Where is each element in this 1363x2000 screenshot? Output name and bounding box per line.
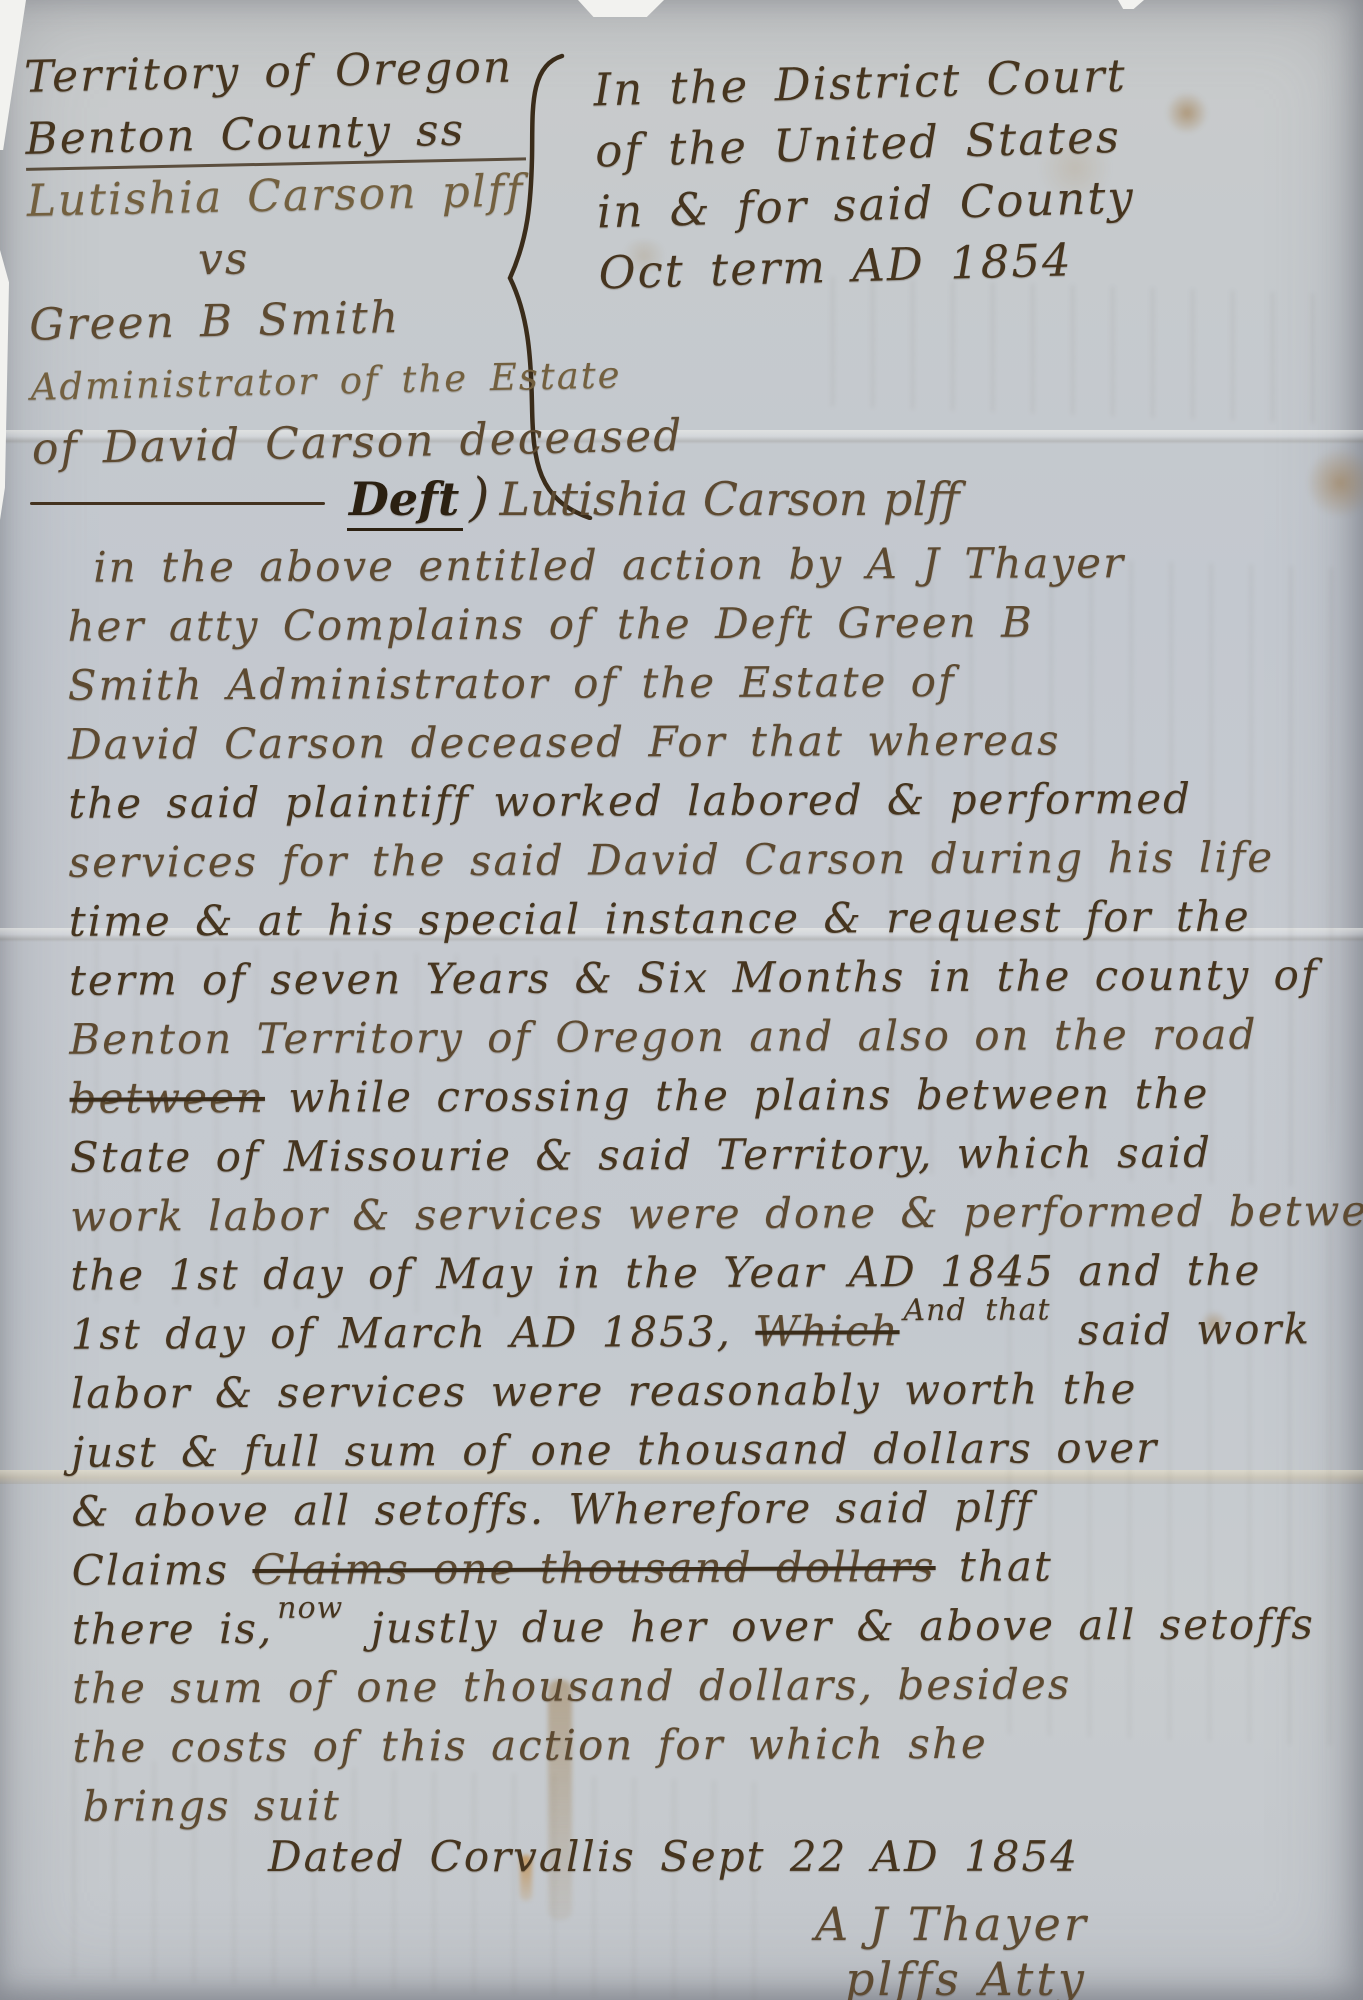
body-line: brings suit [73, 1771, 1342, 1836]
body-line: the costs of this action for which she [72, 1712, 1341, 1777]
struck-phrase: Claims one thousand dollars [252, 1542, 935, 1594]
ink-bleedthrough [818, 276, 1332, 424]
body-line: just & full sum of one thousand dollars … [71, 1417, 1340, 1482]
body-line: work labor & services were done & perfor… [70, 1181, 1339, 1246]
body-line: Benton Territory of Oregon and also on t… [69, 1004, 1338, 1069]
body-line: the sum of one thousand dollars, besides [72, 1653, 1341, 1718]
body-line: State of Missourie & said Territory, whi… [70, 1122, 1339, 1187]
body-text: 1st day of March AD 1853, [71, 1307, 756, 1359]
inserted-text: And that [903, 1280, 1050, 1340]
stain [1308, 445, 1363, 521]
caption-divider-line [30, 502, 325, 505]
body-line: labor & services were reasonably worth t… [71, 1358, 1340, 1423]
county-line: Benton County ss [25, 98, 526, 170]
attorney-signature: A J Thayer [815, 1897, 1089, 1951]
body-line: there is,now justly due her over & above… [72, 1594, 1341, 1659]
body-text: there is, [72, 1604, 274, 1654]
struck-word: between [70, 1073, 266, 1123]
body-line: time & at his special instance & request… [69, 886, 1338, 951]
body-text: that [936, 1541, 1053, 1591]
body-text: justly due her over & above all setoffs [347, 1599, 1315, 1652]
scanned-document: Territory of Oregon Benton County ss Lut… [0, 0, 1363, 2000]
body-line: the 1st day of May in the Year AD 1845 a… [70, 1240, 1339, 1305]
caption-plaintiff-block: Territory of Oregon Benton County ss Lut… [24, 33, 685, 481]
caption-court-block: In the District Court of the United Stat… [593, 45, 1138, 304]
deft-row: Deft)Lutishia Carson plff [30, 468, 960, 529]
body-line: 1st day of March AD 1853, WhichAnd that … [71, 1299, 1340, 1364]
attorney-role: plffs Atty [845, 1952, 1087, 2000]
body-line: in the above entitled action by A J Thay… [67, 532, 1336, 597]
body-text: said work [1055, 1304, 1312, 1354]
body-line: her atty Complains of the Deft Green B [67, 591, 1336, 656]
body-line: Claims Claims one thousand dollars that [72, 1535, 1341, 1600]
inserted-text: now [277, 1579, 343, 1638]
body-line: & above all setoffs. Wherefore said plff [71, 1476, 1340, 1541]
struck-word: Which [755, 1306, 899, 1356]
dated-line: Dated Corvallis Sept 22 AD 1854 [268, 1832, 1079, 1881]
body-line: between while crossing the plains betwee… [69, 1063, 1338, 1128]
body-line: David Carson deceased For that whereas [68, 709, 1337, 774]
body-text: while crossing the plains between the [265, 1069, 1210, 1122]
complaint-body: in the above entitled action by A J Thay… [67, 532, 1342, 1836]
body-text: Claims [72, 1545, 253, 1595]
deft-label: Deft [347, 472, 463, 531]
body-line: Smith Administrator of the Estate of [68, 650, 1337, 715]
body-line: term of seven Years & Six Months in the … [69, 945, 1338, 1010]
body-line: services for the said David Carson durin… [68, 827, 1337, 892]
body-line: Lutishia Carson plff [500, 472, 960, 526]
brace-tail-mark: ) [469, 468, 489, 528]
stain [1165, 92, 1209, 134]
body-line: the said plaintiff worked labored & perf… [68, 768, 1337, 833]
